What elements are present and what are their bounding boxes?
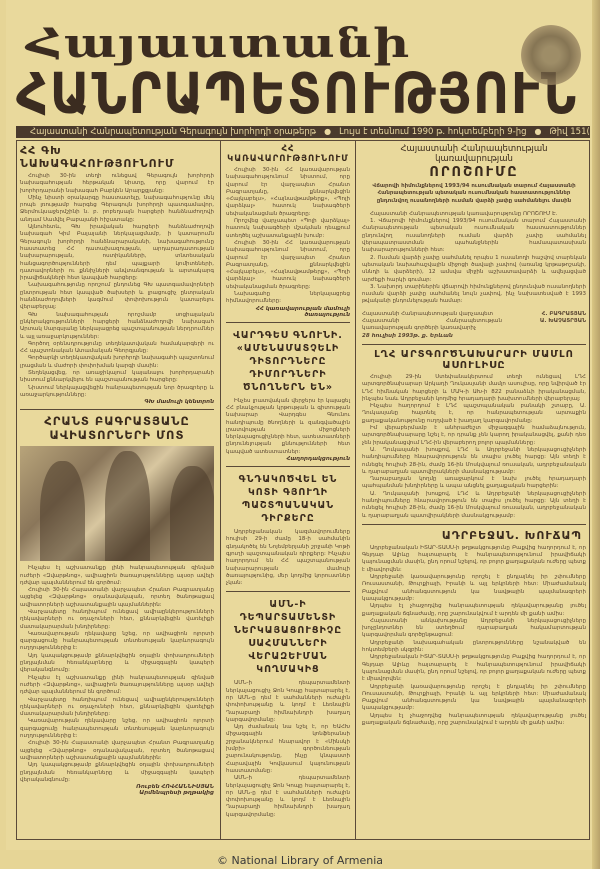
article-body: Հուլիսի 29-ին Ստեփանակերտում տեղի ունեցա…: [362, 374, 586, 520]
divider: [362, 524, 586, 525]
news-photo: [20, 446, 214, 561]
article-body: ԱՄՆ-ի դեպարտամենտի ներկայացուցիչ Ջոն Կոպ…: [226, 680, 350, 819]
paragraph: Նիստում ներկայացվեցին հանրապետության նոր…: [20, 385, 214, 400]
masthead-title-line2: ՀԱՆՐԱՊԵՏՈՒԹՅՈՒՆ: [16, 62, 578, 127]
article-headline: ԳՆԴԱԿՈԾՎԵԼ ԵՆ ԿՈՏԻ ԳՅՈՒՂԻ ՊԱՇՏՊԱՆԱԿԱՆ ԴԻ…: [226, 473, 350, 525]
article-headline: ՎԱՐԴԳԵՍ ԳՆՈՒՆԻ. «ԱՄԵՆԱՄԱՏՉԵԼԻ ԴԻՏՈՐԴՆԵՐԸ…: [226, 329, 350, 394]
signatory-row: Հայաստանի Հանրապետության վարչապետ Հ. ԲԱԳ…: [362, 311, 586, 318]
paragraph: Հուլիսի 30-ին Հայաստանի վարչապետ Հրանտ Բ…: [20, 587, 214, 609]
signatory-row: Հայաստանի Հանրապետության կառավարության գ…: [362, 318, 586, 333]
article-body: Հուլիսի 30-ին տեղի ունեցավ Գերագույն խոր…: [20, 173, 214, 399]
article-headline: ԱԴՐԲԵՋԱՆ. ԽՈՒՃԱՊ: [366, 529, 582, 542]
article-decree: Հայաստանի Հանրապետության կառավարության Ո…: [362, 144, 586, 340]
article-signature: ԳԽ մամուլի կենտրոն: [20, 399, 214, 405]
paragraph: Հուլիսի 30-ին Հայաստանի վարչապետ Հրանտ Բ…: [20, 740, 214, 762]
paragraph: ԱՄՆ-ի դեպարտամենտի ներկայացուցիչ Ջոն Կոպ…: [226, 775, 350, 819]
paragraph: Նախագահը ներկայացրեց հիմնավորումները:: [226, 291, 350, 306]
paragraph: Ինչպես էլ աշխատանքը լինի հանրապետության …: [20, 675, 214, 697]
article-azerbaijan: ԱԴՐԲԵՋԱՆ. ԽՈՒՃԱՊ Ադրբեջանական ԻՏԱՐ-ՏԱՍՍ-…: [362, 529, 586, 727]
paragraph: Այդ ժամանակ նա նշել է, որ ԵԱՀԽ միջազգայի…: [226, 724, 350, 775]
paragraph: ԱՄՆ-ի դեպարտամենտի ներկայացուցիչ Ջոն Կոպ…: [226, 680, 350, 724]
library-credit: © National Library of Armenia: [0, 854, 600, 867]
article-headline: ՀՀ ԿԱՌԱՎԱՐՈՒԹՅՈՒՆՈՒՄ: [226, 144, 350, 164]
article-photo-story: ՀՐԱՆՏ ԲԱԳՐԱՏՅԱՆԸ ԱՎԻԱՏՈՐՆԵՐԻ ՄՈՏ Ինչպես …: [20, 414, 214, 796]
paragraph: Այդ կապակցությամբ քննարկվեցին օդային փոխ…: [20, 762, 214, 784]
paragraph: Մինչ նիստի օրակարգը հաստատելը, նախագահու…: [20, 195, 214, 224]
paragraph: Կառավարության ղեկավարը նշեց, որ ավիացիոն…: [20, 631, 214, 653]
banner-publisher: Հայաստանի Հանրապետության Գերագույն խորհր…: [30, 126, 316, 138]
paragraph: Վարչապետը հանդիպում ունեցավ ավիաընկերութ…: [20, 609, 214, 631]
decree-date: 28 հուլիսի 1993թ. ք. Երևան: [362, 333, 586, 340]
article-body: Ադրբեջանական կազմավորումները հուլիսի 29-…: [226, 529, 350, 587]
signatory-role: Հայաստանի Հանրապետության վարչապետ: [362, 311, 493, 318]
paragraph: Ինչես լրատվական վերջերս էր կայացել ՀՀ բն…: [226, 398, 350, 456]
article-body: Հուլիսի 30-ին ՀՀ կառավարության նախագահու…: [226, 167, 350, 306]
paragraph: Որոշվեց վարչապետ «Պոլի վարձկալ» հատուկ ն…: [226, 218, 350, 240]
paragraph: 1. Վճարովի հիմունքներով 1993/94 ուսումնա…: [362, 218, 586, 254]
paragraph: Այնուհետև, ԳԽ իրավական հարցերի հանձնաժող…: [20, 224, 214, 282]
signatory-name: Հ. ԲԱԳՐԱՏՅԱՆ: [542, 311, 586, 318]
paragraph: Այդ կապակցությամբ քննարկվեցին օդային փոխ…: [20, 653, 214, 675]
divider: [226, 322, 350, 323]
divider: [226, 466, 350, 467]
paragraph: 2. Ուսման վարձի չափը սահմանել որպես 1 ու…: [362, 255, 586, 284]
armenian-coat-of-arms-icon: [521, 25, 581, 85]
article-headline: ՈՐՈՇՈՒՄԸ: [362, 165, 586, 180]
article-signature: Հաղորդակցություն: [226, 456, 350, 462]
banner-since: Լույս է տեսնում 1990 թ. հոկտեմբերի 9-ից: [339, 126, 526, 138]
paragraph: Ադրբեջանի կառավարությունը որոշել է ընդլա…: [362, 574, 586, 603]
paragraph: Ինչպես էլ աշխատանքը լինի հանրապետության …: [20, 565, 214, 587]
middle-column: ՀՀ ԿԱՌԱՎԱՐՈՒԹՅՈՒՆՈՒՄ Հուլիսի 30-ին ՀՀ կա…: [221, 140, 356, 840]
article-disaster: ԳՆԴԱԿՈԾՎԵԼ ԵՆ ԿՈՏԻ ԳՅՈՒՂԻ ՊԱՇՏՊԱՆԱԿԱՆ ԴԻ…: [226, 473, 350, 587]
paragraph: Հայաստանի անկախությանը Ադրբեջանի ներկայա…: [362, 618, 586, 640]
article-vardges: ՎԱՐԴԳԵՍ ԳՆՈՒՆԻ. «ԱՄԵՆԱՄԱՏՉԵԼԻ ԴԻՏՈՐԴՆԵՐԸ…: [226, 329, 350, 462]
paragraph: Այդպես էլ չհաջողվեց հանրապետության ղեկավ…: [362, 603, 586, 618]
article-government: ՀՀ ԿԱՌԱՎԱՐՈՒԹՅՈՒՆՈՒՄ Հուլիսի 30-ին ՀՀ կա…: [226, 144, 350, 318]
article-karabakh-fm: ԼՂՀ ԱՐՏԳՈՐԾՆԱԽԱՐԱՐԻ ՄԱՄԼՈ ԱՍՈՒԼԻՍԸ Հուլի…: [362, 349, 586, 520]
masthead-title-line1: Հայաստանի: [26, 20, 411, 67]
paragraph: Ադրբեջանական ԻՏԱՐ-ՏԱՍՍ-ի թղթակցությունը …: [362, 654, 586, 683]
paragraph: 3. Նախորդ տարիներին վճարովի հիմունքներով…: [362, 284, 586, 306]
bullet-icon: ●: [324, 126, 331, 138]
article-body: Ինչես լրատվական վերջերս էր կայացել ՀՀ բն…: [226, 398, 350, 456]
paragraph: Նախագահությունը որոշում ընդունեց ԳԽ պատգ…: [20, 282, 214, 311]
right-column: Հայաստանի Հանրապետության կառավարության Ո…: [356, 140, 590, 840]
paragraph: Ադրբեջանական ԻՏԱՐ-ՏԱՍՍ-ի թղթակցությունը …: [362, 545, 586, 574]
paragraph: Իմ վերաբերմամբ է անհրաժեշտ միջազգային հա…: [362, 425, 586, 447]
paragraph: Այդպես էլ չհաջողվեց հանրապետության ղեկավ…: [362, 713, 586, 728]
paragraph: Ադրբեջանի կառավարությունը որոշել է ընդլա…: [362, 684, 586, 713]
article-headline: ՀՐԱՆՏ ԲԱԳՐԱՏՅԱՆԸ ԱՎԻԱՏՈՐՆԵՐԻ ՄՈՏ: [20, 414, 214, 442]
divider: [226, 591, 350, 592]
divider: [362, 344, 586, 345]
page-edge: [592, 0, 600, 869]
paragraph: Ադրբեջանական կազմավորումները հուլիսի 29-…: [226, 529, 350, 587]
paragraph: Վարչապետը հանդիպում ունեցավ ավիաընկերութ…: [20, 697, 214, 719]
paragraph: Կառավարության ղեկավարը նշեց, որ ավիացիոն…: [20, 718, 214, 740]
paragraph: ԳԽ նախագահության որոշմամբ սոցիալական ընկ…: [20, 312, 214, 341]
article-headline: ՀՀ ԳԽ ՆԱԽԱԳԱՀՈՒԹՅՈՒՆՈՒՄ: [20, 144, 214, 170]
decree-issuer: Հայաստանի Հանրապետության կառավարության: [362, 144, 586, 164]
article-headline: ԼՂՀ ԱՐՏԳՈՐԾՆԱԽԱՐԱՐԻ ՄԱՄԼՈ ԱՍՈՒԼԻՍԸ: [362, 349, 586, 371]
paragraph: Հուլիսի 30-ին ՀՀ կառավարության նախագահու…: [226, 167, 350, 218]
article-us-state: ԱՄՆ-Ի ԴԵՊԱՐՏԱՄԵՆՏԻ ՆԵՐԿԱՅԱՑՈՒՑԻՉԸ ՍԱՀՄԱՆ…: [226, 598, 350, 819]
article-presidium: ՀՀ ԳԽ ՆԱԽԱԳԱՀՈՒԹՅՈՒՆՈՒՄ Հուլիսի 30-ին տե…: [20, 144, 214, 405]
masthead: Հայաստանի ՀԱՆՐԱՊԵՏՈՒԹՅՈՒՆ: [16, 20, 536, 120]
paragraph: Հուլիսի 30-ին տեղի ունեցավ Գերագույն խոր…: [20, 173, 214, 195]
decree-subhead: Վճարովի հիմունքներով 1993/94 ուսումնական…: [362, 183, 586, 205]
paragraph: Ա. Ղուկասյանի խոսքով, ԼՂՀ և Ադրբեջանի նե…: [362, 447, 586, 476]
signature-role: Արմենպրեսի թղթակից: [20, 790, 214, 796]
paragraph: Ղարաբաղյան կողմը առաջարկում է նախ լուծել…: [362, 476, 586, 491]
publication-banner: Հայաստանի Հանրապետության Գերագույն խորհր…: [16, 126, 590, 138]
divider: [20, 409, 214, 410]
paragraph: Գործող օրենսդրությունը տեղեկատվական համա…: [20, 341, 214, 356]
article-body: Ադրբեջանական ԻՏԱՐ-ՏԱՍՍ-ի թղթակցությունը …: [362, 545, 586, 727]
article-body: Ինչպես էլ աշխատանքը լինի հանրապետության …: [20, 565, 214, 784]
paragraph: Տեղեկացվեց, որ առաջիկայում կայանալու խոր…: [20, 370, 214, 385]
paragraph: Ադրբեջանի նախագահական ընտրությունները նշ…: [362, 640, 586, 655]
newspaper-page: Հայաստանի ՀԱՆՐԱՊԵՏՈՒԹՅՈՒՆ Հայաստանի Հանր…: [6, 0, 592, 850]
paragraph: Հուլիսի 29-ին Ստեփանակերտում տեղի ունեցա…: [362, 374, 586, 403]
bullet-icon: ●: [534, 126, 541, 138]
paragraph: Գործարկի տեղեկատվական խորհրդի նախագահի պ…: [20, 355, 214, 370]
article-signature: ՀՀ կառավարության մամուլի ծառայություն: [226, 306, 350, 318]
left-column: ՀՀ ԳԽ ՆԱԽԱԳԱՀՈՒԹՅՈՒՆՈՒՄ Հուլիսի 30-ին տե…: [16, 140, 221, 840]
paragraph: Հայաստանի Հանրապետության կառավարությունը…: [362, 211, 586, 218]
article-body: Հայաստանի Հանրապետության կառավարությունը…: [362, 211, 586, 306]
signatory-name: Ա. ԽԱՉԱՏՐՅԱՆ: [540, 318, 586, 333]
banner-issue: Թիվ 151(755) 31 հուլիսի 1993. շաբաթ: [549, 126, 590, 138]
article-headline: ԱՄՆ-Ի ԴԵՊԱՐՏԱՄԵՆՏԻ ՆԵՐԿԱՅԱՑՈՒՑԻՉԸ ՍԱՀՄԱՆ…: [226, 598, 350, 676]
paragraph: Հուլիսի 30-ին ՀՀ կառավարության նախագահու…: [226, 240, 350, 291]
signatory-role: Հայաստանի Հանրապետության կառավարության գ…: [362, 318, 502, 333]
paragraph: Ինչպես հաղորդում է ԼՂՀ պաշտպանական բանակ…: [362, 403, 586, 425]
paragraph: Ա. Ղուկասյանի խոսքով, ԼՂՀ և Ադրբեջանի նե…: [362, 491, 586, 520]
